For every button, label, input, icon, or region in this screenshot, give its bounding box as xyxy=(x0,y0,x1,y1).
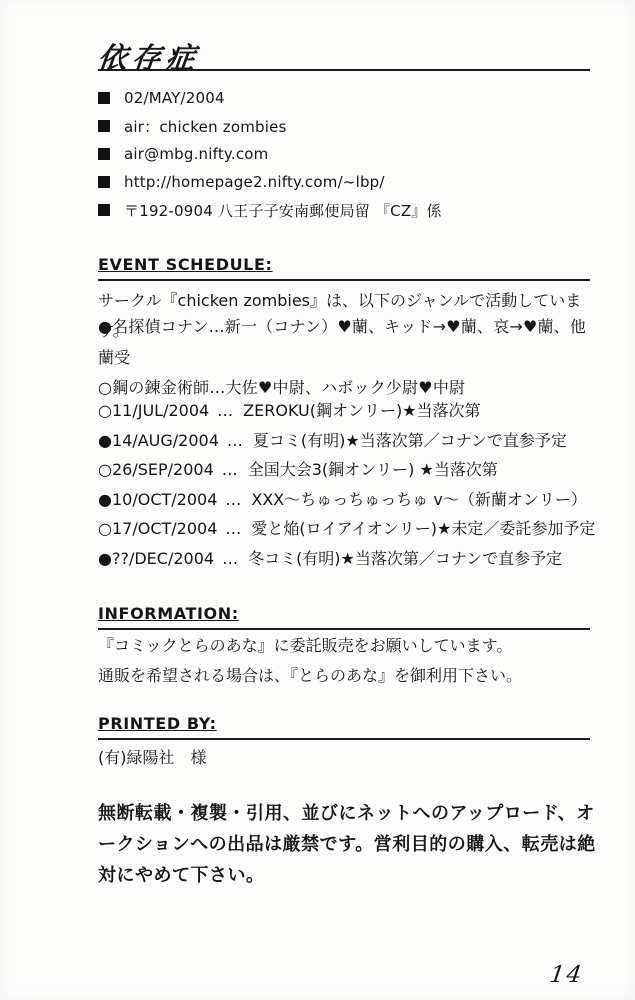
contact-list: 02/MAY/2004 air：chicken zombies air@mbg.… xyxy=(98,84,590,224)
genre-item: ●名探偵コナン…新一（コナン）♥蘭、キッド→♥蘭、哀→♥蘭、他蘭受 xyxy=(98,312,590,373)
event-row: ●??/DEC/2004…冬コミ(有明)★当落次第／コナンで直参予定 xyxy=(98,544,590,574)
event-date: ??/DEC/2004 xyxy=(112,549,214,568)
event-separator: … xyxy=(225,490,241,509)
event-marker: ○ xyxy=(98,460,112,479)
event-date: 11/JUL/2004 xyxy=(112,401,209,420)
contact-item-website-url: http://homepage2.nifty.com/~lbp/ xyxy=(98,168,590,196)
event-row: ●10/OCT/2004…XXX～ちゅっちゅっちゅ v～（新蘭オンリー） xyxy=(98,485,590,515)
event-separator: … xyxy=(222,460,238,479)
event-description: 夏コミ(有明)★当落次第／コナンで直参予定 xyxy=(253,431,567,450)
contact-item-text: 02/MAY/2004 xyxy=(124,89,225,107)
contact-item-text: 〒192-0904 八王子子安南郵便局留 『CZ』係 xyxy=(124,200,442,221)
event-row: ○11/JUL/2004…ZEROKU(鋼オンリー)★当落次第 xyxy=(98,396,590,426)
genre-list: ●名探偵コナン…新一（コナン）♥蘭、キッド→♥蘭、哀→♥蘭、他蘭受 ○鋼の錬金術… xyxy=(98,312,590,404)
contact-item-text: air：chicken zombies xyxy=(124,116,287,137)
information-line: 通販を希望される場合は、『とらのあな』を御利用下さい。 xyxy=(98,661,590,691)
event-row: ○26/SEP/2004…全国大会3(鋼オンリー) ★当落次第 xyxy=(98,455,590,485)
information-line: 『コミックとらのあな』に委託販売をお願いしています。 xyxy=(98,631,590,661)
scanned-doujinshi-colophon-page: 依存症 02/MAY/2004 air：chicken zombies air@… xyxy=(0,0,635,1000)
title-underline xyxy=(98,69,590,71)
event-list: ○11/JUL/2004…ZEROKU(鋼オンリー)★当落次第 ●14/AUG/… xyxy=(98,396,590,574)
contact-item-text: http://homepage2.nifty.com/~lbp/ xyxy=(124,173,385,191)
contact-item-postal-address: 〒192-0904 八王子子安南郵便局留 『CZ』係 xyxy=(98,196,590,224)
bullet-square-icon xyxy=(98,120,110,132)
printed-by-heading-text: PRINTED BY: xyxy=(98,714,217,733)
printed-by-heading: PRINTED BY: xyxy=(98,714,590,740)
information-heading: INFORMATION: xyxy=(98,604,590,630)
disclaimer-line: 無断転載・複製・引用、並びにネットへのアップロード、オ xyxy=(98,798,590,829)
event-description: 愛と焔(ロイアイオンリー)★未定／委託参加予定 xyxy=(251,519,595,538)
event-separator: … xyxy=(222,549,238,568)
copyright-disclaimer: 無断転載・複製・引用、並びにネットへのアップロード、オ ークションへの出品は厳禁… xyxy=(98,798,590,891)
bullet-square-icon xyxy=(98,176,110,188)
event-date: 10/OCT/2004 xyxy=(112,490,217,509)
event-row: ○17/OCT/2004…愛と焔(ロイアイオンリー)★未定／委託参加予定 xyxy=(98,514,590,544)
bullet-square-icon xyxy=(98,92,110,104)
information-heading-text: INFORMATION: xyxy=(98,604,239,623)
event-date: 17/OCT/2004 xyxy=(112,519,217,538)
bullet-square-icon xyxy=(98,148,110,160)
page-number: 14 xyxy=(548,962,585,988)
event-schedule-heading: EVENT SCHEDULE: xyxy=(98,255,590,281)
event-marker: ○ xyxy=(98,519,112,538)
event-marker: ○ xyxy=(98,401,112,420)
event-row: ●14/AUG/2004…夏コミ(有明)★当落次第／コナンで直参予定 xyxy=(98,426,590,456)
information-body: 『コミックとらのあな』に委託販売をお願いしています。 通販を希望される場合は、『… xyxy=(98,631,590,691)
bullet-square-icon xyxy=(98,204,110,216)
contact-item-date: 02/MAY/2004 xyxy=(98,84,590,112)
event-separator: … xyxy=(217,401,233,420)
event-marker: ● xyxy=(98,549,112,568)
event-marker: ● xyxy=(98,431,112,450)
contact-item-text: air@mbg.nifty.com xyxy=(124,145,268,163)
event-marker: ● xyxy=(98,490,112,509)
event-separator: … xyxy=(225,519,241,538)
event-separator: … xyxy=(227,431,243,450)
disclaimer-line: ークションへの出品は厳禁です。営利目的の購入、転売は絶 xyxy=(98,829,590,860)
event-date: 26/SEP/2004 xyxy=(112,460,214,479)
event-description: ZEROKU(鋼オンリー)★当落次第 xyxy=(243,401,480,420)
event-description: 全国大会3(鋼オンリー) ★当落次第 xyxy=(248,460,498,479)
event-schedule-heading-text: EVENT SCHEDULE: xyxy=(98,255,273,274)
contact-item-email: air@mbg.nifty.com xyxy=(98,140,590,168)
disclaimer-line: 対にやめて下さい。 xyxy=(98,860,590,891)
event-description: 冬コミ(有明)★当落次第／コナンで直参予定 xyxy=(248,549,562,568)
contact-item-circle-name: air：chicken zombies xyxy=(98,112,590,140)
event-date: 14/AUG/2004 xyxy=(112,431,219,450)
event-description: XXX～ちゅっちゅっちゅ v～（新蘭オンリー） xyxy=(251,490,586,509)
printer-name: (有)緑陽社 様 xyxy=(98,745,590,768)
